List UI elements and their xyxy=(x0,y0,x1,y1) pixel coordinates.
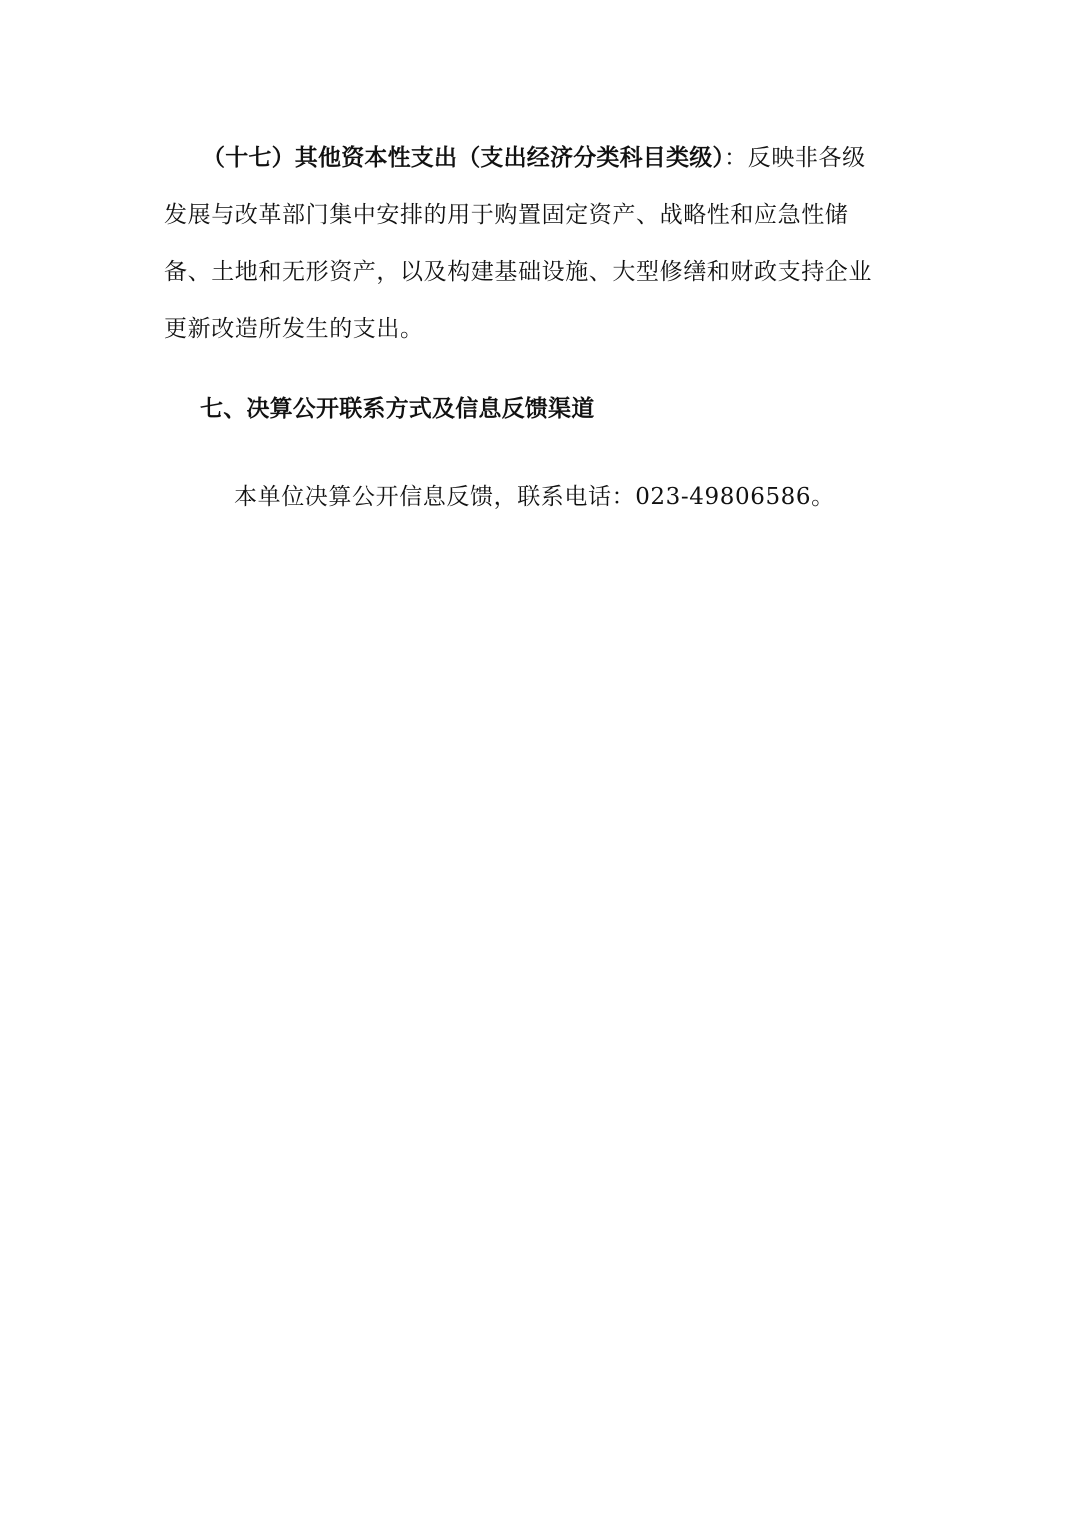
item-17-colon: ： xyxy=(724,145,748,171)
item-17-heading: （十七）其他资本性支出（支出经济分类科目类级） xyxy=(202,145,724,171)
item-17-text-line-2: 发展与改革部门集中安排的用于购置固定资产、战略性和应急性储 xyxy=(164,200,848,230)
item-17-first-line: （十七）其他资本性支出（支出经济分类科目类级）：反映非各级 xyxy=(202,143,866,173)
contact-info-paragraph: 本单位决算公开信息反馈，联系电话：023-49806586。 xyxy=(234,482,835,512)
item-17-text-line-1: 反映非各级 xyxy=(748,145,866,171)
document-page: （十七）其他资本性支出（支出经济分类科目类级）：反映非各级 发展与改革部门集中安… xyxy=(0,0,1075,1520)
section-7-heading: 七、决算公开联系方式及信息反馈渠道 xyxy=(200,394,594,424)
item-17-text-line-4: 更新改造所发生的支出。 xyxy=(164,314,424,344)
item-17-text-line-3: 备、土地和无形资产，以及构建基础设施、大型修缮和财政支持企业 xyxy=(164,257,872,287)
